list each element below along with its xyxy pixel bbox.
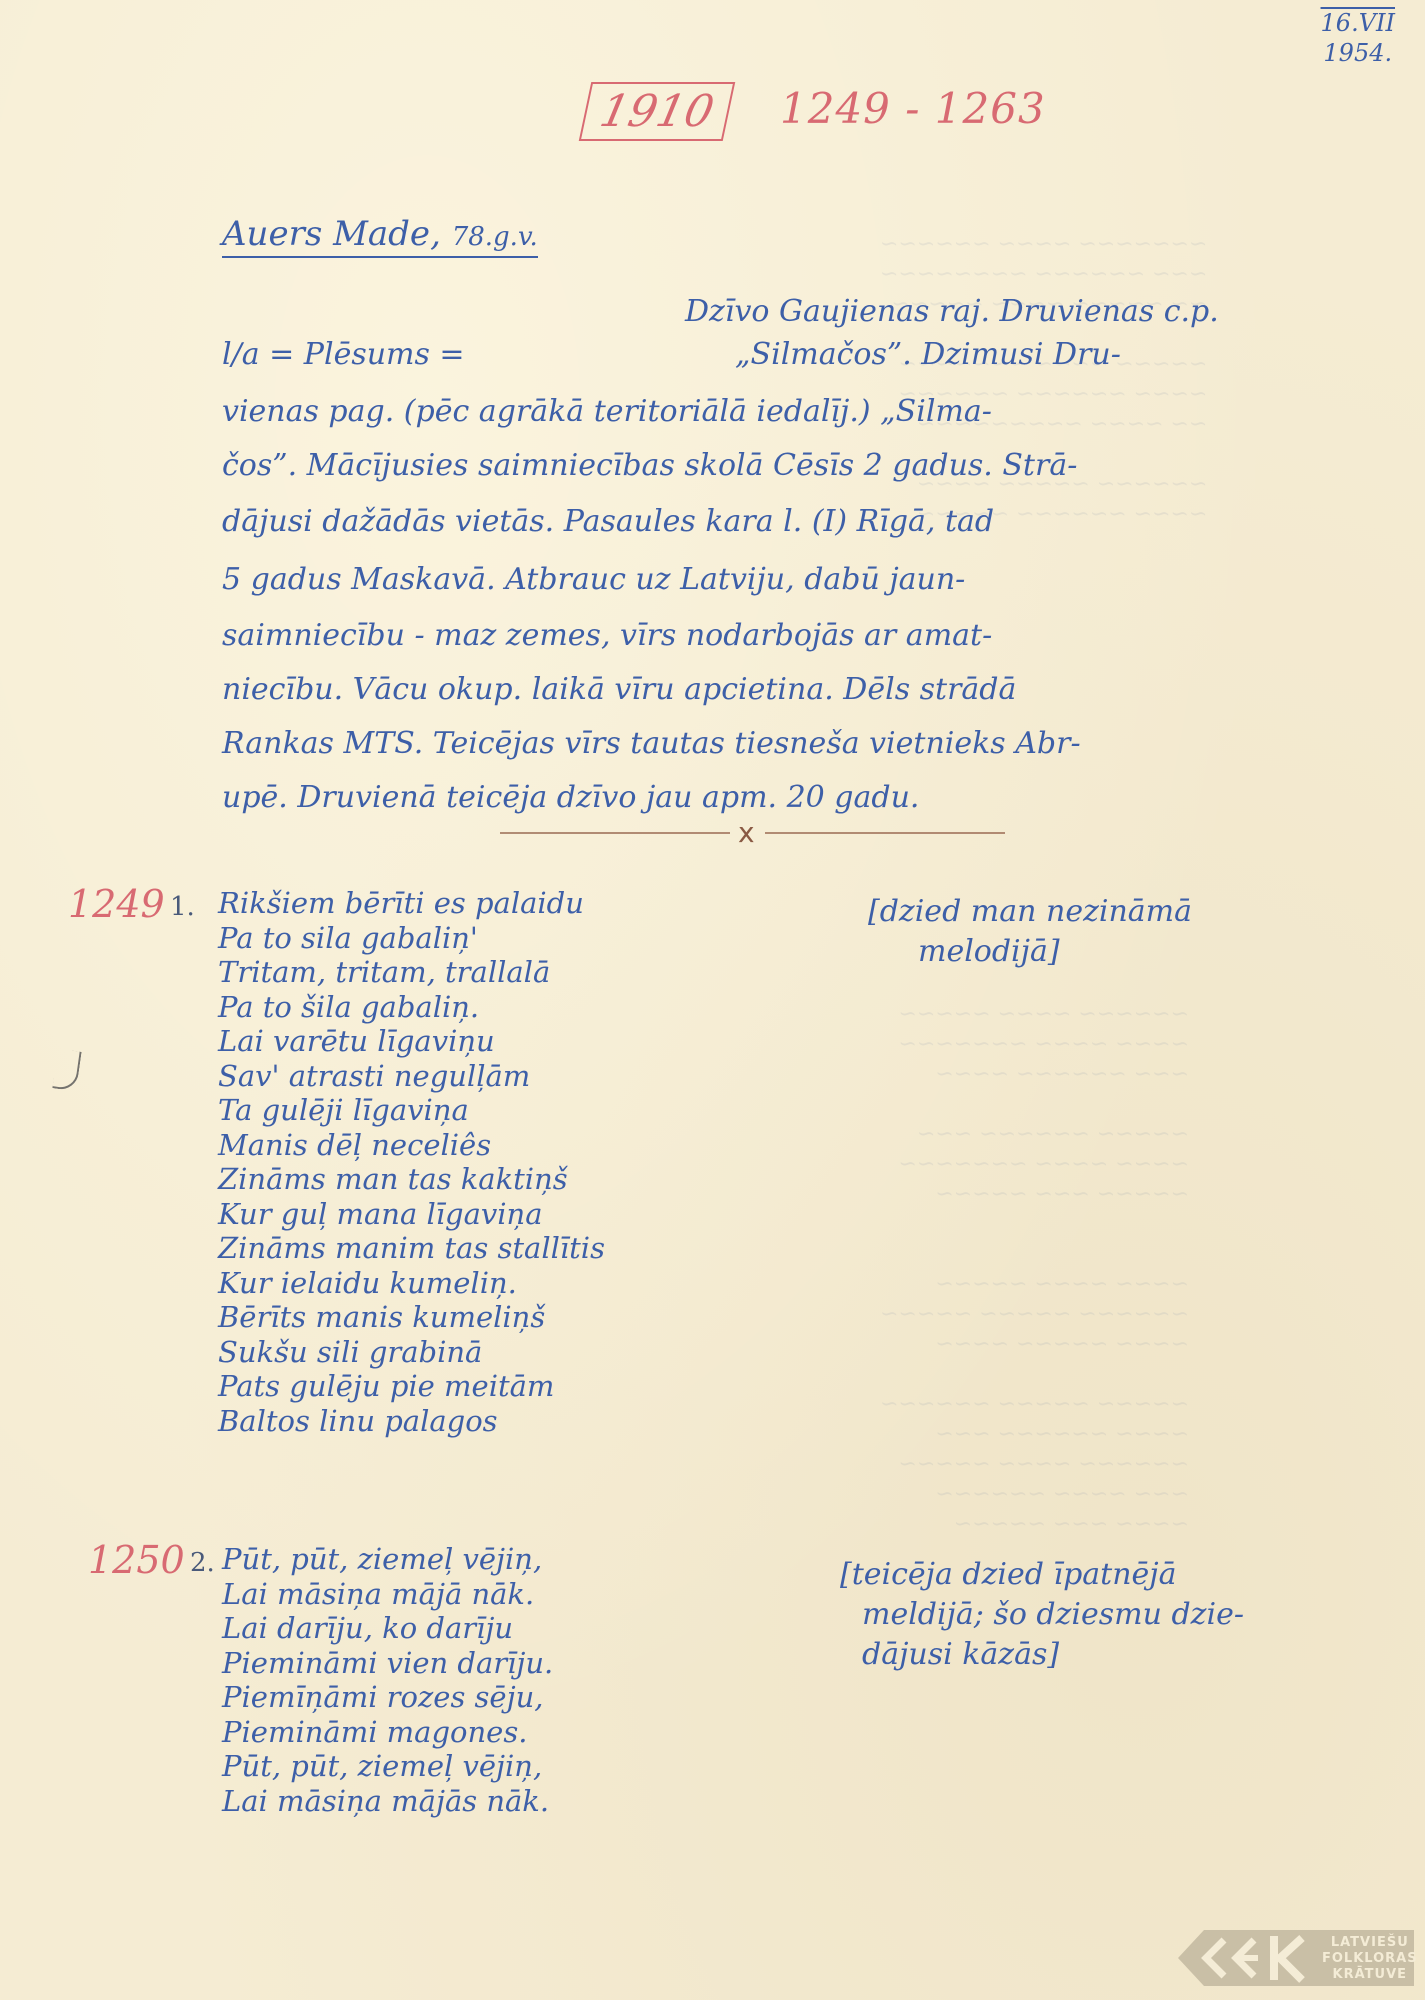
section-divider-right [765, 832, 1005, 834]
bio-line: niecību. Vācu okup. laikā vīru apcietina… [222, 670, 1016, 710]
bio-line: „Silmačos”. Dzimusi Dru- [735, 335, 1121, 375]
logo-line: KRĀTUVE [1322, 1967, 1418, 1983]
logo-line: FOLKLORAS [1322, 1951, 1418, 1967]
song-performance-note: [teicēja dzied īpatnējā meldijā; šo dzie… [840, 1555, 1244, 1675]
lyric-line: Manis dēļ neceliês [218, 1128, 605, 1163]
song-lyrics: Rikšiem bērīti es palaidu Pa to sila gab… [218, 886, 605, 1438]
bleed-through-text: ~~~~~~ ~~~~ ~~~~~~~~~ ~~~~ ~~~~~~~~~~ ~~… [880, 1000, 1189, 1540]
item-range: 1249 - 1263 [780, 84, 1046, 133]
check-mark-icon [52, 1049, 81, 1092]
lyric-line: Pa to šila gabaliņ. [218, 990, 605, 1025]
lyric-line: Ta gulēji līgaviņa [218, 1093, 605, 1128]
lyric-line: Zināms man tas kaktiņš [218, 1162, 605, 1197]
date-year: 1954. [1321, 38, 1395, 68]
section-divider-left [500, 832, 730, 834]
note-line: meldijā; šo dziesmu dzie- [840, 1595, 1244, 1635]
lyric-line: Bērīts manis kumeliņš [218, 1300, 605, 1335]
bio-line: upē. Druvienā teicēja dzīvo jau apm. 20 … [222, 778, 919, 818]
lyric-line: Piemināmi magones. [222, 1715, 553, 1750]
lyric-line: Rikšiem bērīti es palaidu [218, 886, 605, 921]
lyric-line: Baltos linu palagos [218, 1404, 605, 1439]
song-catalog-number: 1249 [68, 882, 165, 926]
song-index: 2. [190, 1548, 215, 1578]
lyric-line: Pa to sila gabaliņ' [218, 921, 605, 956]
lyric-line: Lai māsiņa mājā nāk. [222, 1577, 553, 1612]
lyric-line: Lai māsiņa mājās nāk. [222, 1784, 553, 1819]
lyric-line: Piemīņāmi rozes sēju, [222, 1680, 553, 1715]
informant-name: Auers Made [222, 214, 430, 254]
archive-logo-text: LATVIEŠU FOLKLORAS KRĀTUVE [1322, 1935, 1418, 1983]
note-line: [dzied man nezināmā [868, 892, 1192, 932]
lyric-line: Kur ielaidu kumeliņ. [218, 1266, 605, 1301]
bio-line: saimniecību - maz zemes, vīrs nodarbojās… [222, 616, 992, 656]
informant-heading: Auers Made, 78.g.v. [222, 214, 538, 258]
informant-age: 78.g.v. [452, 222, 538, 252]
lyric-line: Sukšu sili grabinā [218, 1335, 605, 1370]
lyric-line: Tritam, tritam, trallalā [218, 955, 605, 990]
note-line: [teicēja dzied īpatnējā [840, 1555, 1244, 1595]
lyric-line: Piemināmi vien darīju. [222, 1646, 553, 1681]
song-lyrics: Pūt, pūt, ziemeļ vējiņ, Lai māsiņa mājā … [222, 1542, 553, 1818]
bio-line: 5 gadus Maskavā. Atbrauc uz Latviju, dab… [222, 560, 965, 600]
lyric-line: Kur guļ mana līgaviņa [218, 1197, 605, 1232]
note-line: melodijā] [868, 932, 1192, 972]
lyric-line: Zināms manim tas stallītis [218, 1231, 605, 1266]
lyric-line: Lai darīju, ko darīju [222, 1611, 553, 1646]
lyric-line: Pūt, pūt, ziemeļ vējiņ, [222, 1542, 553, 1577]
recording-date: 16.VII 1954. [1321, 8, 1395, 68]
song-performance-note: [dzied man nezināmā melodijā] [868, 892, 1192, 972]
bio-line: Dzīvo Gaujienas raj. Druvienas c.p. [685, 292, 1219, 332]
song-catalog-number: 1250 [88, 1538, 185, 1582]
bio-line: Rankas MTS. Teicējas vīrs tautas tiesneš… [222, 724, 1081, 764]
lyric-line: Sav' atrasti negulļām [218, 1059, 605, 1094]
lyric-line: Lai varētu līgaviņu [218, 1024, 605, 1059]
bio-line: dājusi dažādās vietās. Pasaules kara l. … [222, 502, 994, 542]
bio-line: l/a = Plēsums = [222, 335, 465, 375]
note-line: dājusi kāzās] [840, 1635, 1244, 1675]
bio-line: čos”. Mācījusies saimniecības skolā Cēsī… [222, 446, 1077, 486]
lyric-line: Pats gulēju pie meitām [218, 1369, 605, 1404]
lyric-line: Pūt, pūt, ziemeļ vējiņ, [222, 1749, 553, 1784]
archive-number: 1910 [579, 82, 736, 141]
logo-line: LATVIEŠU [1322, 1935, 1418, 1951]
song-index: 1. [170, 892, 195, 922]
bio-line: vienas pag. (pēc agrākā teritoriālā ieda… [222, 392, 992, 432]
date-day-month: 16.VII [1321, 8, 1395, 38]
divider-mark: x [738, 816, 755, 849]
